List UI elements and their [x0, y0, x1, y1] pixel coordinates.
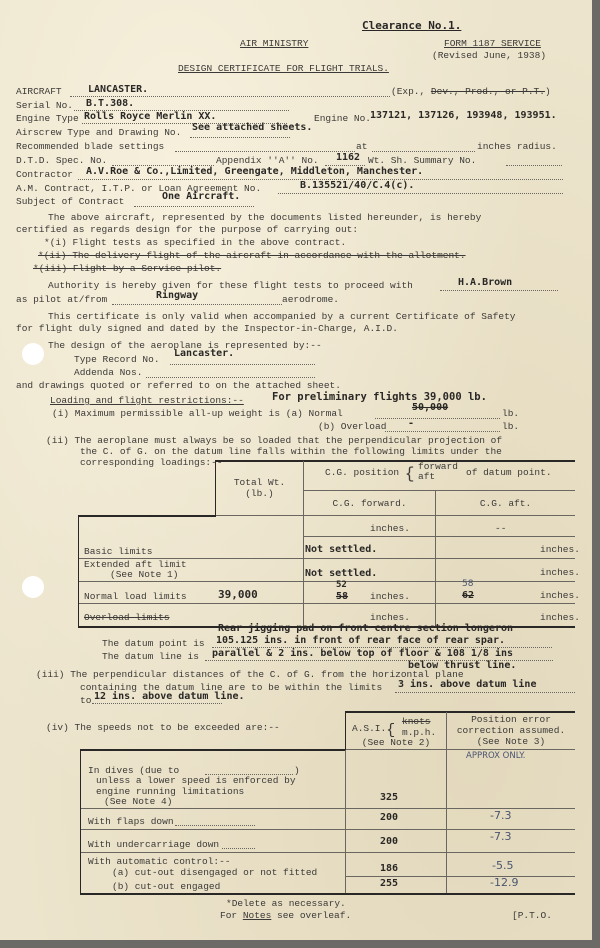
col-cg-aft-word: aft — [418, 471, 435, 482]
col-total-wt-unit: (lb.) — [216, 488, 303, 499]
addenda-label: Addenda Nos. — [74, 367, 142, 378]
header-row-forward: inches. — [370, 523, 410, 534]
datum-line-value: parallel & 2 ins. below top of floor & 1… — [212, 648, 513, 659]
normal-lb: lb. — [502, 408, 519, 419]
normal-weight-struck: 50,000 — [412, 402, 448, 413]
aircraft-value: LANCASTER. — [88, 84, 148, 95]
col-pec-1: Position error — [447, 714, 575, 725]
row-normal-load: Normal load limits — [84, 591, 187, 602]
normal-aft-unit: inches. — [540, 590, 580, 601]
drawings-text: and drawings quoted or referred to on th… — [16, 380, 341, 391]
ministry-heading: AIR MINISTRY — [240, 38, 308, 49]
autocontrol-b-asi: 255 — [380, 878, 398, 889]
col-asi: A.S.I.{ — [352, 723, 395, 736]
flaps-asi: 200 — [380, 812, 398, 823]
overload-lb: lb. — [502, 421, 519, 432]
appendix-label: Appendix ''A'' No. — [216, 155, 319, 166]
aircraft-label: AIRCRAFT — [16, 86, 62, 97]
serial-value: B.T.308. — [86, 98, 134, 109]
aerodrome-label: aerodrome. — [282, 294, 339, 305]
clearance-number: Clearance No.1. — [362, 20, 461, 31]
iii-limit-1: 3 ins. above datum line — [398, 679, 536, 690]
document-title: DESIGN CERTIFICATE FOR FLIGHT TRIALS. — [178, 63, 389, 74]
pilot-at-label: as pilot at/from — [16, 294, 107, 305]
validity-2: for flight duly signed and dated by the … — [16, 323, 398, 334]
overload-value: - — [408, 418, 414, 429]
authority-text: Authority is hereby given for these flig… — [48, 280, 413, 291]
certification-intro-2: certified as regards design for the purp… — [16, 224, 358, 235]
normal-forward-struck: 58 — [336, 591, 348, 602]
autocontrol-a-pec: -5.5 — [492, 860, 513, 871]
col-asi-note: (See Note 2) — [346, 737, 446, 748]
delete-note: *Delete as necessary. — [226, 898, 346, 909]
airscrew-value: See attached sheets. — [192, 122, 312, 133]
punch-hole-bottom — [22, 576, 44, 598]
type-record-value: Lancaster. — [174, 348, 234, 359]
autocontrol-b-label: (b) cut-out engaged — [112, 881, 220, 892]
dives-asi: 325 — [380, 792, 398, 803]
datum-point-value: 105.125 ins. in front of rear face of re… — [216, 635, 505, 646]
extended-aft: inches. — [540, 567, 580, 578]
iii-limit-2: 12 ins. above datum line. — [94, 691, 245, 702]
appendix-value: 1162 — [336, 152, 360, 163]
undercarriage-label: With undercarriage down — [88, 839, 219, 850]
col-cg-datum: of datum point. — [466, 467, 552, 478]
certificate-page: Clearance No.1. AIR MINISTRY FORM 1187 S… — [0, 0, 592, 940]
subject-label: Subject of Contract — [16, 196, 124, 207]
engine-type-value: Rolls Royce Merlin XX. — [84, 111, 216, 122]
datum-point-label: The datum point is — [102, 638, 205, 649]
row-overload-limits: Overload limits — [84, 612, 170, 623]
normal-weight: 39,000 — [218, 589, 258, 600]
autocontrol-a-label: (a) cut-out disengaged or not fitted — [112, 867, 317, 878]
dives-label-2: unless a lower speed is enforced by — [96, 775, 296, 786]
basic-forward: Not settled. — [305, 544, 377, 555]
normal-forward-unit: inches. — [370, 591, 410, 602]
normal-forward-new: 52 — [336, 580, 347, 591]
pto-marker: [P.T.O. — [512, 910, 552, 921]
overload-label: (b) Overload — [318, 421, 386, 432]
purpose-item-i: *(i) Flight tests as specified in the ab… — [44, 237, 346, 248]
engine-no-label: Engine No. — [314, 113, 371, 124]
wt-sh-summary-label: Wt. Sh. Summary No. — [368, 155, 476, 166]
notes-reference: For Notes see overleaf. — [220, 910, 351, 921]
undercarriage-pec: -7.3 — [490, 831, 511, 842]
dtd-spec-label: D.T.D. Spec. No. — [16, 155, 107, 166]
contract-value: B.135521/40/C.4(c). — [300, 180, 414, 191]
engine-type-label: Engine Type — [16, 113, 79, 124]
iii-to: to — [80, 695, 91, 706]
autocontrol-b-pec: -12.9 — [490, 877, 518, 888]
blade-settings-label: Recommended blade settings — [16, 141, 164, 152]
loading-heading: Loading and flight restrictions:-- — [50, 395, 244, 406]
dives-label-4: (See Note 4) — [104, 796, 172, 807]
overload-forward: inches. — [370, 612, 410, 623]
max-weight-label: (i) Maximum permissible all-up weight is… — [52, 408, 343, 419]
certification-intro-1: The above aircraft, represented by the d… — [48, 212, 481, 223]
airscrew-label: Airscrew Type and Drawing No. — [16, 127, 181, 138]
row-extended-aft-note: (See Note 1) — [110, 569, 178, 580]
normal-aft-new: 58 — [462, 579, 473, 590]
preliminary-flights: For preliminary flights 39,000 lb. — [272, 392, 487, 403]
undercarriage-asi: 200 — [380, 836, 398, 847]
aerodrome-value: Ringway — [156, 290, 198, 301]
col-asi-knots-struck: knots — [402, 716, 431, 727]
datum-line-label: The datum line is — [102, 651, 199, 662]
col-cg-aft: C.G. aft. — [436, 498, 575, 509]
blade-radius-label: inches radius. — [477, 141, 557, 152]
validity-1: This certificate is only valid when acco… — [48, 311, 515, 322]
flaps-label: With flaps down — [88, 816, 174, 827]
contractor-label: Contractor — [16, 169, 73, 180]
type-record-label: Type Record No. — [74, 354, 160, 365]
cg-text-3: corresponding loadings:-- — [80, 457, 223, 468]
overload-aft: inches. — [540, 612, 580, 623]
col-pec-2: correction assumed. — [447, 725, 575, 736]
form-number: FORM 1187 SERVICE — [444, 38, 541, 49]
cg-text-2: the C. of G. on the datum line falls wit… — [80, 446, 502, 457]
form-revised: (Revised June, 1938) — [432, 50, 546, 61]
col-cg-position: C.G. position { — [325, 467, 414, 480]
struck-aircraft-types: Dev., Prod., or P.T. — [431, 86, 545, 97]
autocontrol-label: With automatic control:-- — [88, 856, 231, 867]
pilot-name: H.A.Brown — [458, 277, 512, 288]
punch-hole-top — [22, 343, 44, 365]
aircraft-type: (Exp., Dev., Prod., or P.T.) — [391, 86, 551, 97]
row-basic-limits: Basic limits — [84, 546, 152, 557]
flaps-pec: -7.3 — [490, 810, 511, 821]
col-cg-fwd: C.G. forward. — [304, 498, 435, 509]
subject-value: One Aircraft. — [162, 191, 240, 202]
col-total-wt: Total Wt. — [216, 477, 303, 488]
speeds-heading: (iv) The speeds not to be exceeded are:-… — [46, 722, 280, 733]
basic-aft: inches. — [540, 544, 580, 555]
contractor-value: A.V.Roe & Co.,Limited, Greengate, Middle… — [86, 166, 423, 177]
extended-forward: Not settled. — [305, 568, 377, 579]
serial-label: Serial No. — [16, 100, 73, 111]
engine-no-value: 137121, 137126, 193948, 193951. — [370, 110, 557, 121]
rear-jigging-note: Rear jigging pad on front centre section… — [218, 623, 513, 634]
autocontrol-a-asi: 186 — [380, 863, 398, 874]
cg-text-1: (ii) The aeroplane must always be so loa… — [46, 435, 502, 446]
purpose-item-ii-struck: *(ii) The delivery flight of the aircraf… — [38, 250, 466, 261]
normal-aft-struck: 62 — [462, 590, 474, 601]
blade-at-label: at — [356, 141, 367, 152]
header-row-aft: -- — [495, 523, 506, 534]
pec-approx-note: APPROX ONLY. — [466, 751, 525, 762]
purpose-item-iii-struck: *(iii) Flight by a Service pilot. — [33, 263, 221, 274]
col-pec-note: (See Note 3) — [447, 736, 575, 747]
